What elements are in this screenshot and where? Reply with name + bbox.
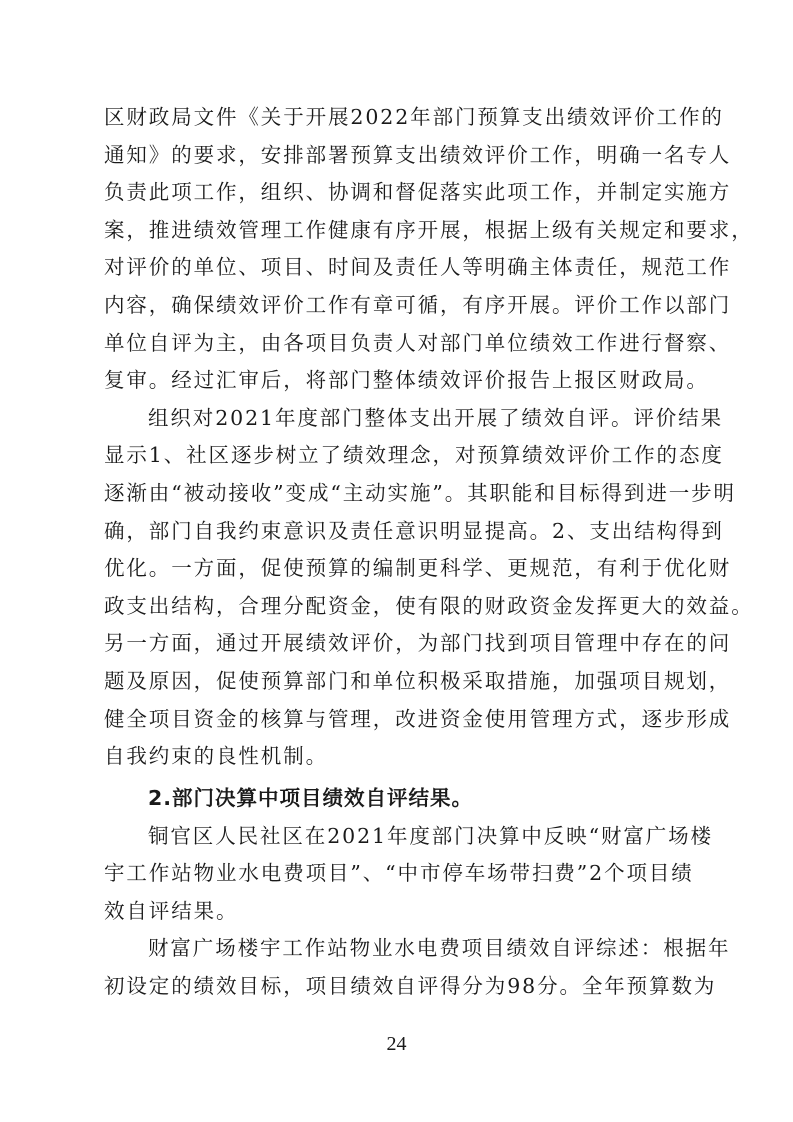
text-line: 宇工作站物业水电费项目”、“中市停车场带扫费”2个项目绩 [104,855,692,893]
text-line: 对评价的单位、项目、时间及责任人等明确主体责任，规范工作 [104,249,692,287]
text-line: 确，部门自我约束意识及责任意识明显提高。2、支出结构得到 [104,513,692,551]
text-line: 组织对2021年度部门整体支出开展了绩效自评。评价结果 [104,400,692,438]
text-line: 案，推进绩效管理工作健康有序开展，根据上级有关规定和要求， [104,212,692,250]
text-line: 内容，确保绩效评价工作有章可循，有序开展。评价工作以部门 [104,287,692,325]
text-line: 显示1、社区逐步树立了绩效理念，对预算绩效评价工作的态度 [104,437,692,475]
paragraph-project-summary: 财富广场楼宇工作站物业水电费项目绩效自评综述：根据年 初设定的绩效目标，项目绩效… [104,930,692,1005]
text-line: 逐渐由“被动接收”变成“主动实施”。其职能和目标得到进一步明 [104,475,692,513]
text-line: 单位自评为主，由各项目负责人对部门单位绩效工作进行督察、 [104,325,692,363]
text-line: 效自评结果。 [104,893,692,931]
text-line: 另一方面，通过开展绩效评价，为部门找到项目管理中存在的问 [104,625,692,663]
text-line: 财富广场楼宇工作站物业水电费项目绩效自评综述：根据年 [104,930,692,968]
paragraph-overall-self-evaluation: 组织对2021年度部门整体支出开展了绩效自评。评价结果 显示1、社区逐步树立了绩… [104,400,692,776]
document-page: 区财政局文件《关于开展2022年部门预算支出绩效评价工作的 通知》的要求，安排部… [0,0,793,1122]
section-heading: 2.部门决算中项目绩效自评结果。 [104,778,692,818]
text-line: 铜官区人民社区在2021年度部门决算中反映“财富广场楼 [104,818,692,856]
text-line: 通知》的要求，安排部署预算支出绩效评价工作，明确一名专人 [104,137,692,175]
paragraph-evaluation-arrangement: 区财政局文件《关于开展2022年部门预算支出绩效评价工作的 通知》的要求，安排部… [104,99,692,400]
text-line: 政支出结构，合理分配资金，使有限的财政资金发挥更大的效益。 [104,588,692,626]
text-line: 初设定的绩效目标，项目绩效自评得分为98分。全年预算数为 [104,968,692,1006]
text-line: 健全项目资金的核算与管理，改进资金使用管理方式，逐步形成 [104,701,692,739]
text-line: 优化。一方面，促使预算的编制更科学、更规范，有利于优化财 [104,550,692,588]
text-line: 区财政局文件《关于开展2022年部门预算支出绩效评价工作的 [104,99,692,137]
text-line: 题及原因，促使预算部门和单位积极采取措施，加强项目规划， [104,663,692,701]
page-number: 24 [0,1033,793,1056]
text-line: 负责此项工作，组织、协调和督促落实此项工作，并制定实施方 [104,174,692,212]
paragraph-project-results-intro: 铜官区人民社区在2021年度部门决算中反映“财富广场楼 宇工作站物业水电费项目”… [104,818,692,931]
text-line: 复审。经过汇审后，将部门整体绩效评价报告上报区财政局。 [104,362,692,400]
text-line: 自我约束的良性机制。 [104,738,692,776]
document-body: 区财政局文件《关于开展2022年部门预算支出绩效评价工作的 通知》的要求，安排部… [104,99,692,1006]
